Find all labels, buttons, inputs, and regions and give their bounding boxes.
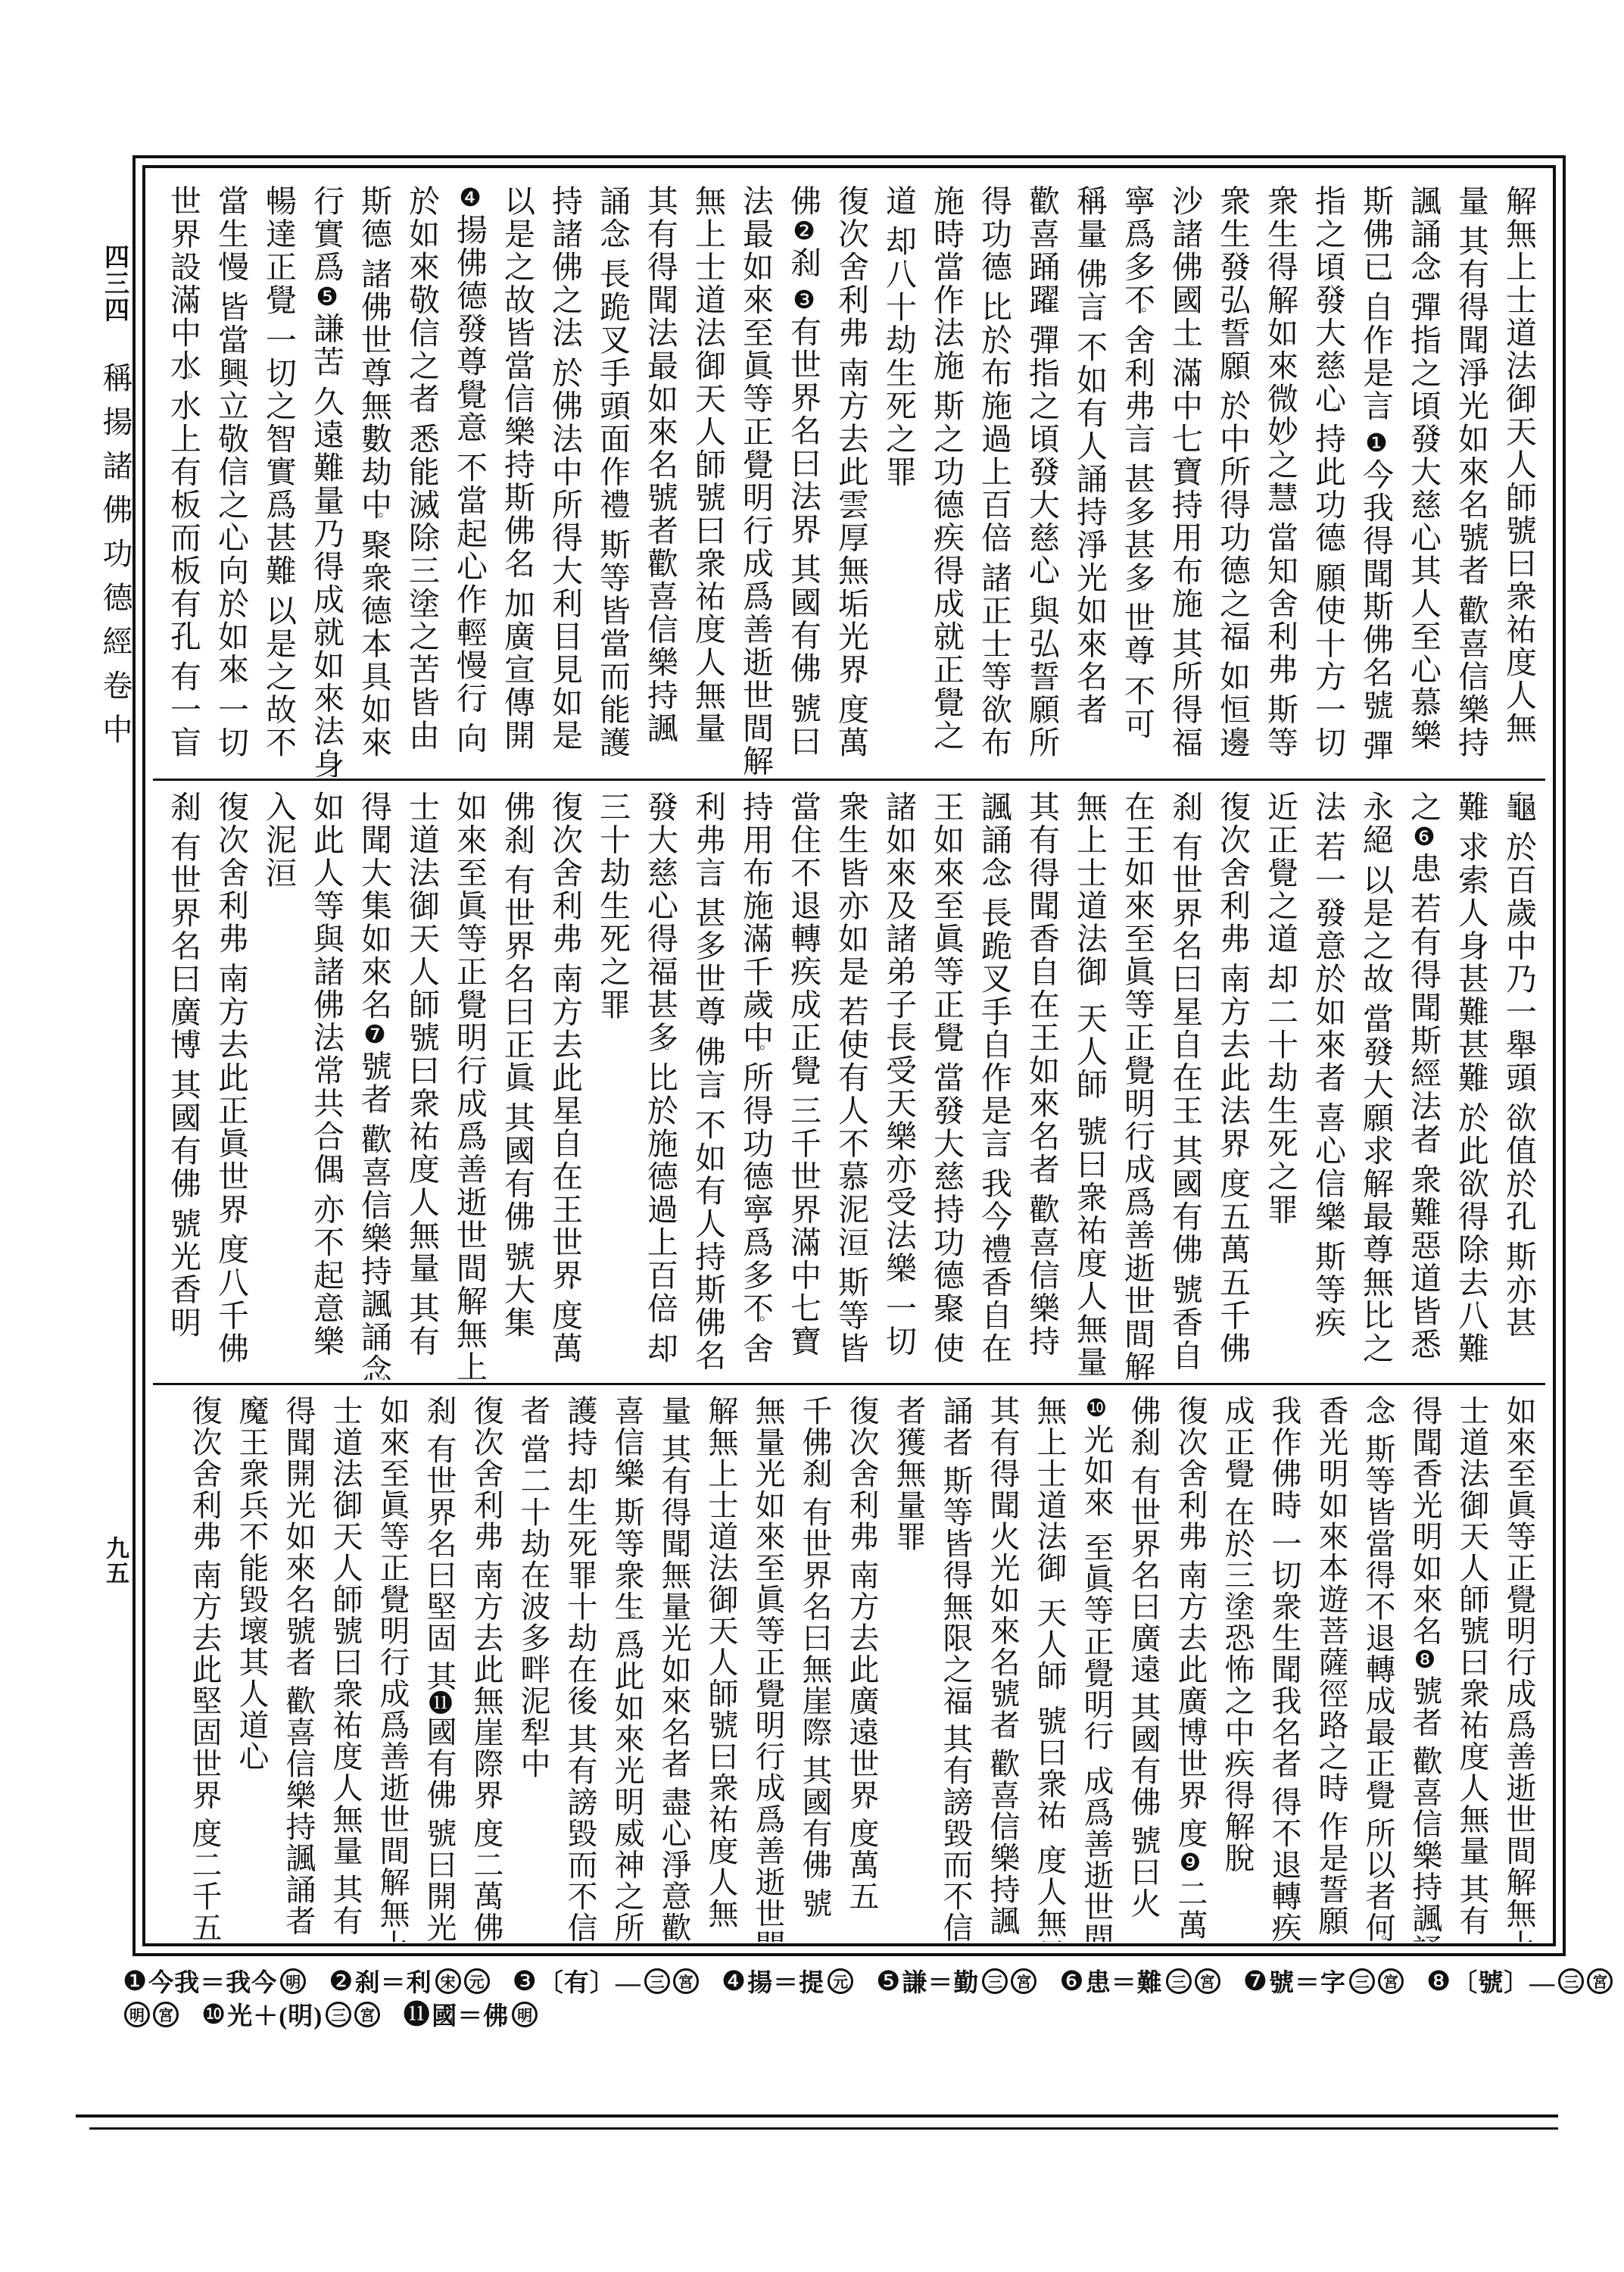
text-column: ❹揚佛德發尊覺意。不當起心作輕慢行。向 (445, 185, 493, 777)
ideographic-period: 。 (1367, 986, 1384, 1002)
ideographic-period: 。 (1129, 585, 1146, 601)
edition-siglum: 宮 (1011, 1968, 1036, 1994)
ideographic-period: 。 (572, 1707, 588, 1722)
text-frame-outer: 解無上士道法御天人師號曰衆祐度人無量。其有得聞淨光如來名號者。歡喜信樂持諷誦念。… (132, 155, 1566, 1956)
ideographic-period: 。 (806, 1738, 823, 1753)
text-column: 諸如來及諸弟子長受天樂亦受法樂。一切 (874, 791, 922, 1380)
footnote-marker-inline: ❶ (1362, 429, 1389, 457)
ideographic-period: 。 (700, 880, 716, 896)
ideographic-period: 。 (461, 705, 478, 721)
text-column: 如來至眞等正覺明行成爲善逝世間解無上 (369, 1395, 416, 1942)
ideographic-period: 。 (947, 1449, 964, 1464)
ideographic-period: 。 (175, 1191, 192, 1206)
ideographic-period: 。 (1417, 1729, 1433, 1744)
ideographic-period: 。 (994, 1731, 1011, 1746)
edition-siglum: 宮 (673, 1968, 699, 1994)
ideographic-period: 。 (1320, 814, 1336, 830)
edition-siglum: 三 (1349, 1968, 1375, 1994)
text-column: 法。若一發意於如來者。喜心信樂。斯等疾 (1304, 791, 1351, 1380)
text-column: 復次舍利弗。南方去此無崖際界。度二萬佛 (463, 1395, 510, 1942)
footnote-entry: ❺謙＝勤三宮 (876, 1963, 1036, 1999)
edition-siglum: 元 (464, 1968, 490, 1994)
ideographic-period: 。 (1135, 1675, 1152, 1690)
ideographic-period: 。 (572, 1449, 588, 1464)
text-column: 香光明如來本遊菩薩徑路之時。作是誓願。 (1308, 1395, 1354, 1942)
ideographic-period: 。 (795, 676, 812, 691)
text-column: 佛刹。有世界名曰廣遠。其國有佛。號曰火 (1120, 1395, 1167, 1942)
ideographic-period: 。 (175, 373, 192, 389)
ideographic-period: 。 (853, 1543, 870, 1558)
band-divider-1 (153, 779, 1545, 781)
ideographic-period: 。 (223, 676, 239, 692)
text-column: 得聞開光如來名號者。歡喜信樂持諷誦者。 (275, 1395, 322, 1942)
ideographic-period: 。 (318, 369, 335, 385)
ideographic-period: 。 (795, 536, 812, 552)
ideographic-period: 。 (700, 1019, 716, 1035)
footnote-entry: ❼號＝字三宮 (1243, 1963, 1404, 1999)
text-column: 諷誦念。長跪叉手自作是言。我今禮香自在 (970, 791, 1018, 1380)
footnote-text: 揚＝提 (747, 1963, 824, 1999)
ideographic-period: 。 (1415, 1147, 1432, 1163)
text-frame-inner: 解無上士道法御天人師號曰衆祐度人無量。其有得聞淨光如來名號者。歡喜信樂持諷誦念。… (142, 165, 1556, 1946)
text-column: 世界設滿中水。水上有板而板有孔。有一盲 (159, 185, 207, 777)
text-column: 暢達正覺。一切之智實爲甚難。以是之故不 (254, 185, 302, 777)
footnote-marker: ❹ (722, 1968, 746, 1995)
footnote-entry: ❹揚＝提元 (722, 1963, 853, 1999)
text-column: 得聞香光明如來名❽號者。歡喜信樂持諷誦 (1401, 1395, 1448, 1942)
text-column: 近正覺之道。却二十劫生死之罪 (1256, 791, 1304, 1380)
footnote-marker-inline: ❺ (313, 282, 340, 311)
text-column: 佛刹。有世界名曰正眞。其國有佛。號大集 (493, 791, 541, 1380)
footnote-marker: ❽ (1426, 1968, 1451, 1995)
text-column: 誦念。長跪叉手頭面作禮。斯等皆當而能護 (588, 185, 636, 777)
ideographic-period: 。 (747, 1315, 764, 1331)
ideographic-period: 。 (986, 545, 1002, 560)
text-column: 當住不退轉疾成正覺。三千世界滿中七寶 (779, 791, 827, 1380)
text-column: 之❻患。若有得聞斯經法者。衆難惡道皆悉 (1399, 791, 1447, 1380)
ideographic-period: 。 (509, 847, 525, 863)
ideographic-period: 。 (1135, 1449, 1152, 1464)
ideographic-period: 。 (1224, 373, 1241, 389)
ideographic-period: 。 (431, 1644, 447, 1659)
text-column: 士道法御天人師號曰衆祐度人無量。其有 (322, 1395, 369, 1942)
text-column: 持諸佛之法。於佛法中所得大利目見如是。 (541, 185, 588, 777)
ideographic-period: 。 (556, 946, 573, 962)
footnote-entry: 明宮 (123, 2002, 179, 2027)
ideographic-period: 。 (1463, 1857, 1480, 1872)
text-column: 入泥洹 (254, 791, 302, 1380)
footnote-line-2: 明宮❿光＋(明)三宮⓫國＝佛明 (123, 1996, 1557, 2032)
ideographic-period: 。 (290, 1668, 307, 1684)
ideographic-period: 。 (843, 340, 859, 356)
ideographic-period: 。 (652, 1315, 669, 1331)
edition-siglum: 宮 (153, 2002, 179, 2027)
ideographic-period: 。 (1463, 208, 1479, 224)
text-column: 行實爲❺謙苦。久遠難量乃得成就如來法身 (302, 185, 350, 777)
alignment-gap (1082, 1101, 1097, 1115)
ideographic-period: 。 (1367, 413, 1384, 429)
edition-siglum: 元 (828, 1968, 853, 1994)
ideographic-period: 。 (478, 1543, 494, 1558)
ideographic-period: 。 (806, 1480, 823, 1495)
text-column: 道。却八十劫生死之罪 (874, 185, 922, 777)
page-number-top: 四三四 (97, 244, 132, 323)
ideographic-period: 。 (556, 742, 573, 758)
ideographic-period: 。 (413, 406, 430, 422)
ideographic-period: 。 (1129, 446, 1146, 462)
ideographic-period: 。 (1033, 578, 1050, 594)
ideographic-period: 。 (1177, 340, 1193, 356)
ideographic-period: 。 (1320, 545, 1336, 560)
footnote-marker: ❷ (329, 1968, 353, 1995)
ideographic-period: 。 (290, 1927, 307, 1942)
scanned-sutra-page: { "margin": { "page_number_top": "四三四", … (0, 0, 1624, 2272)
ideographic-period: 。 (890, 1275, 907, 1291)
edition-siglum: 三 (1166, 1968, 1192, 1994)
footnote-marker: ❺ (876, 1968, 900, 1995)
ideographic-period: 。 (986, 274, 1002, 290)
ideographic-period: 。 (938, 373, 955, 389)
text-column: 斯德。諸佛世尊無數劫中。聚衆德本具如來 (350, 185, 397, 777)
text-column: 護持。却生死罪十劫在後。其有謗毀而不信 (556, 1395, 603, 1942)
text-column: 指之頃發大慈心。持此功德。願使十方一切 (1304, 185, 1351, 777)
ideographic-period: 。 (1177, 814, 1193, 830)
text-column: 施時當作法施。斯之功德疾得成就正覺之 (922, 185, 970, 777)
ideographic-period: 。 (196, 1801, 213, 1816)
ideographic-period: 。 (1415, 274, 1432, 290)
ideographic-period: 。 (1276, 1770, 1292, 1785)
text-column: 我作佛時。一切衆生聞我名者。得不退轉疾 (1261, 1395, 1308, 1942)
text-column: 法最如來至眞等正覺明行成爲善逝世間解 (731, 185, 779, 777)
ideographic-period: 。 (196, 1543, 213, 1558)
text-column: 永絕。以是之故。當發大願求解最尊無比之 (1351, 791, 1399, 1380)
footnote-marker-inline: ❾ (1177, 1848, 1204, 1877)
ideographic-period: 。 (806, 1871, 823, 1887)
text-column: 復次舍利弗。南方去此廣遠世界。度萬五 (838, 1395, 885, 1942)
text-column: 王如來至眞等正覺。當發大慈持功德聚。使 (922, 791, 970, 1380)
edition-siglum: 三 (1558, 1968, 1584, 1994)
ideographic-period: 。 (619, 1612, 635, 1628)
footnote-text: 國＝佛 (432, 1996, 509, 2032)
footnote-marker-inline: ❽ (1411, 1645, 1439, 1674)
ideographic-period: 。 (223, 946, 239, 962)
ideographic-period: 。 (1463, 578, 1479, 594)
text-column: 無上士道法御 天人師 號曰衆祐度人無量。 (1065, 791, 1113, 1380)
ideographic-period: 。 (223, 274, 239, 290)
ideographic-period: 。 (795, 1078, 812, 1094)
text-column: 如此人等與諸佛法常共合偶。亦不起意樂 (302, 791, 350, 1380)
ideographic-period: 。 (652, 1044, 669, 1060)
text-band-lower: 如來至眞等正覺明行成爲善逝世間解無上士道法御天人師號曰衆祐度人無量。其有得聞香光… (156, 1395, 1542, 1942)
footnote-text: 號＝字 (1269, 1963, 1346, 1999)
text-column: 當生慢。皆當興立敬信之心向於如來。一切 (207, 185, 254, 777)
ideographic-period: 。 (665, 1770, 682, 1785)
ideographic-period: 。 (175, 644, 192, 660)
text-column: 喜信樂。斯等衆生。爲此如來光明威神之所 (603, 1395, 650, 1942)
text-column: 其有得聞火光如來名號者。歡喜信樂持諷 (979, 1395, 1026, 1942)
text-column: 復次舍利弗。南方去此堅固世界。度二千五 (181, 1395, 228, 1942)
ideographic-period: 。 (604, 512, 621, 528)
ideographic-period: 。 (509, 570, 525, 586)
text-column: 歡喜踊躍。彈指之頃發大慈心。與弘誓願所 (1018, 185, 1065, 777)
ideographic-period: 。 (1129, 658, 1146, 674)
text-column: 誦者。斯等皆得無限之福。其有謗毀而不信 (932, 1395, 979, 1942)
ideographic-period: 。 (619, 1480, 635, 1495)
text-column: 念。斯等皆當得不退轉成最正覺。所以者何。 (1354, 1395, 1401, 1942)
ideographic-period: 。 (1177, 1256, 1193, 1272)
ideographic-period: 。 (525, 1417, 541, 1432)
ideographic-period: 。 (1320, 1085, 1336, 1100)
text-column: 復次舍利弗。南方去此正眞世界。度八千佛 (207, 791, 254, 1380)
text-column: 諷誦念。彈指之頃發大慈心其人至心慕樂 (1399, 185, 1447, 777)
ideographic-period: 。 (366, 1377, 382, 1380)
footnote-entry: ❸〔有〕—三宮 (513, 1963, 699, 1999)
footnote-entry: ❷刹＝利宋元 (329, 1963, 489, 1999)
footnote-text: 刹＝利 (355, 1963, 432, 1999)
ideographic-period: 。 (1177, 1118, 1193, 1134)
ideographic-period: 。 (431, 1801, 447, 1816)
footnote-entry: ❶今我＝我今明 (123, 1963, 306, 1999)
ideographic-period: 。 (1367, 847, 1384, 863)
ideographic-period: 。 (1272, 676, 1289, 692)
text-column: 稱量。佛言。不如有人誦持淨光如來名者。 (1065, 185, 1113, 777)
ideographic-period: 。 (1129, 307, 1146, 323)
footnote-entry: ❽〔號〕—三宮 (1426, 1963, 1613, 1999)
text-column: 復次舍利弗。南方去此星自在王世界。度萬 (541, 791, 588, 1380)
ideographic-period: 。 (1323, 1927, 1339, 1942)
ideographic-period: 。 (1510, 814, 1527, 830)
footnote-entry: ❻患＝難三宮 (1059, 1963, 1220, 1999)
ideographic-period: 。 (509, 1224, 525, 1240)
ideographic-period: 。 (1224, 644, 1241, 660)
ideographic-period: 。 (337, 1857, 354, 1872)
edition-siglum: 宮 (1378, 1968, 1404, 1994)
ideographic-period: 。 (1033, 307, 1050, 323)
alignment-gap (1089, 1752, 1104, 1765)
ideographic-period: 。 (843, 1250, 859, 1266)
text-column: 發大慈心得福甚多。比於施德過上百倍。却 (636, 791, 684, 1380)
ideographic-period: 。 (1367, 274, 1384, 290)
text-column: 斯佛已。自作是言。❶今我得聞斯佛名號。彈 (1351, 185, 1399, 777)
ideographic-period: 。 (270, 578, 287, 594)
text-column: 如來至眞等正覺明行成爲善逝世間解無上 (445, 791, 493, 1380)
edition-siglum: 明 (512, 2002, 538, 2027)
text-band-upper: 解無上士道法御天人師號曰衆祐度人無量。其有得聞淨光如來名號者。歡喜信樂持諷誦念。… (156, 185, 1542, 777)
text-column: 復次舍利弗。南方去此廣博世界。度❾二萬 (1167, 1395, 1214, 1942)
ideographic-period: 。 (366, 241, 382, 257)
footnote-marker: ❼ (1243, 1968, 1267, 1995)
footnote-text: 謙＝勤 (902, 1963, 979, 1999)
ideographic-period: 。 (175, 814, 192, 830)
footnote-entry: ⓫國＝佛明 (403, 1996, 538, 2032)
text-column: 無量光如來至眞等正覺明行成爲善逝世間 (744, 1395, 791, 1942)
ideographic-period: 。 (853, 1801, 870, 1816)
footnote-line-1: ❶今我＝我今明❷刹＝利宋元❸〔有〕—三宮❹揚＝提元❺謙＝勤三宮❻患＝難三宮❼號＝… (123, 1963, 1557, 1999)
ideographic-period: 。 (366, 512, 382, 528)
text-column: 如來至眞等正覺明行成爲善逝世間解無上 (1495, 1395, 1542, 1942)
text-column: 寧爲多不。舍利弗言。甚多甚多。世尊。不可 (1113, 185, 1161, 777)
footnote-text: 〔號〕— (1452, 1963, 1555, 1999)
text-column: ❿光如來 至眞等正覺明行 成爲善逝世間解 (1073, 1395, 1120, 1942)
edition-siglum: 三 (326, 2002, 351, 2027)
footnote-marker: ❸ (513, 1968, 537, 1995)
ideographic-period: 。 (1272, 504, 1289, 520)
footnote-marker: ❻ (1059, 1968, 1083, 1995)
text-column: 無上士道法御 天人師 號曰衆祐 度人無量。 (1026, 1395, 1073, 1942)
footnote-marker: ❶ (123, 1968, 147, 1995)
ideographic-period: 。 (604, 241, 621, 257)
ideographic-period: 。 (843, 978, 859, 994)
text-column: 其有得聞香自在王如來名者。歡喜信樂持 (1018, 791, 1065, 1380)
text-column: 量。其有得聞無量光如來名者。盡心淨意歡 (650, 1395, 697, 1942)
ideographic-period: 。 (1510, 1085, 1527, 1100)
text-column: 刹。有世界名曰堅固。其⓫國有佛。號曰開光 (416, 1395, 463, 1942)
band-divider-2 (153, 1383, 1545, 1385)
ideographic-period: 。 (665, 1417, 682, 1432)
ideographic-period: 。 (556, 340, 573, 356)
ideographic-period: 。 (1320, 406, 1336, 422)
text-column: 者。當二十劫在波多畔泥犁中 (510, 1395, 556, 1942)
ideographic-period: 。 (1323, 1794, 1339, 1809)
text-column: 沙諸佛國土。滿中七寶持用布施。其所得福 (1161, 185, 1208, 777)
text-column: 衆生得解如來微妙之慧。當知舍利弗。斯等 (1256, 185, 1304, 777)
edition-siglum: 宋 (435, 1968, 461, 1994)
text-column: 無上士道法御天人師號曰衆祐度人無量。 (684, 185, 731, 777)
footnote-text: 今我＝我今 (148, 1963, 277, 1999)
text-column: 魔王衆兵不能毀壞其人道心 (228, 1395, 275, 1942)
text-column: 衆生發弘誓願。於中所得功德之福。如恒邊 (1208, 185, 1256, 777)
ideographic-period: 。 (938, 1044, 955, 1060)
ideographic-period: 。 (413, 1275, 430, 1291)
ideographic-period: 。 (1367, 713, 1384, 729)
edition-siglum: 明 (280, 1968, 306, 1994)
ideographic-period: 。 (986, 880, 1002, 896)
edition-siglum: 明 (124, 2002, 150, 2027)
text-column: 於如來敬信之者。悉能滅除三塗之苦皆由 (397, 185, 445, 777)
alignment-gap (1042, 1692, 1057, 1706)
ideographic-period: 。 (986, 1150, 1002, 1166)
ideographic-period: 。 (1276, 1512, 1292, 1527)
text-column: 者獲無量罪 (885, 1395, 932, 1942)
ideographic-period: 。 (1463, 814, 1479, 830)
ideographic-period: 。 (1370, 1417, 1386, 1432)
ideographic-period: 。 (223, 1216, 239, 1232)
ideographic-period: 。 (1033, 1176, 1050, 1192)
ideographic-period: 。 (1510, 1224, 1527, 1240)
ideographic-period: 。 (1370, 1934, 1386, 1942)
ideographic-period: 。 (1182, 1543, 1199, 1558)
edition-siglum: 三 (644, 1968, 670, 1994)
text-column: 解無上士道法御天人師號曰衆祐度人無 (1495, 185, 1542, 777)
ideographic-period: 。 (1463, 1085, 1479, 1100)
text-column: 得聞大集如來名❼號者。歡喜信樂持諷誦念。 (350, 791, 397, 1380)
ideographic-period: 。 (366, 1106, 382, 1122)
ideographic-period: 。 (1081, 716, 1098, 732)
ideographic-period: 。 (1081, 314, 1098, 330)
text-column: 千佛刹。有世界名曰無崖際。其國有佛。號 (791, 1395, 838, 1942)
ideographic-period: 。 (1272, 946, 1289, 962)
text-column: 得功德。比於布施過上百倍。諸正士等欲布 (970, 185, 1018, 777)
ideographic-period: 。 (1224, 946, 1241, 962)
text-column: 難。求索人身甚難甚難。於此欲得除去八難 (1447, 791, 1495, 1380)
text-column: 士道法御天人師號曰衆祐度人無量。其有 (1448, 1395, 1495, 1942)
text-column: 龜。於百歲中乃一舉頭。欲值於孔。斯亦甚 (1495, 791, 1542, 1380)
ideographic-period: 。 (1081, 241, 1098, 257)
edition-siglum: 三 (982, 1968, 1008, 1994)
footnote-marker: ❿ (201, 2001, 226, 2028)
ideographic-period: 。 (700, 735, 716, 751)
ideographic-period: 。 (1135, 1809, 1152, 1824)
ideographic-period: 。 (556, 1282, 573, 1298)
ideographic-period: 。 (1224, 1150, 1241, 1166)
footnote-text: 患＝難 (1086, 1963, 1163, 1999)
text-column: 在王如來至眞等正覺明行成爲善逝世間解 (1113, 791, 1161, 1380)
ideographic-period: 。 (700, 1092, 716, 1108)
ideographic-period: 。 (1229, 1480, 1245, 1495)
alignment-gap (1082, 988, 1097, 1002)
ideographic-period: 。 (1320, 1224, 1336, 1240)
text-column: 復次舍利弗。南方去此雲厚無垢光界。度萬 (827, 185, 874, 777)
ideographic-period: 。 (175, 1052, 192, 1068)
footnote-marker-inline: ❿ (1083, 1395, 1110, 1422)
footnote-marker-inline: ❻ (1410, 822, 1437, 851)
text-column: 其有得聞法最如來名號者歡喜信樂持諷 (636, 185, 684, 777)
ideographic-period: 。 (270, 307, 287, 323)
ideographic-period: 。 (747, 1044, 764, 1060)
text-column: 成正覺。在於三塗恐怖之中疾得解脫 (1214, 1395, 1261, 1942)
text-column: 以是之故皆當信樂持斯佛名。加廣宣傳開 (493, 185, 541, 777)
running-title: 稱揚諸佛功德經卷中 (94, 362, 137, 757)
text-column: 佛❷刹。❸有世界名曰法界。其國有佛。號曰 (779, 185, 827, 777)
ideographic-period: 。 (1415, 875, 1432, 891)
text-column: 解無上士道法御天人師號曰衆祐度人無 (697, 1395, 744, 1942)
text-column: 刹。有世界名曰廣博。其國有佛。號光香明 (159, 791, 207, 1380)
ideographic-period: 。 (1177, 610, 1193, 626)
bottom-rule-1 (76, 2114, 1558, 2118)
footnote-text: 〔有〕— (538, 1963, 641, 1999)
footnote-marker: ⓫ (403, 2001, 430, 2028)
ideographic-period: 。 (1370, 1801, 1386, 1816)
text-column: 量。其有得聞淨光如來名號者。歡喜信樂持 (1447, 185, 1495, 777)
footnote-marker-inline: ⓫ (425, 1690, 453, 1715)
ideographic-period: 。 (431, 1417, 447, 1432)
bottom-rule-2 (89, 2127, 1558, 2130)
ideographic-period: 。 (890, 208, 907, 224)
footnote-marker-inline: ❸ (790, 286, 817, 314)
ideographic-period: 。 (843, 676, 859, 692)
footnote-text: 光＋(明) (227, 1996, 323, 2032)
text-column: 三十劫生死之罪 (588, 791, 636, 1380)
ideographic-period: 。 (947, 1707, 964, 1722)
footnote-marker-inline: ❷ (790, 217, 817, 245)
ideographic-period: 。 (1182, 1801, 1199, 1816)
text-column: 士道法御天人師號曰衆祐度人無量。其有 (397, 791, 445, 1380)
ideographic-period: 。 (795, 270, 812, 286)
footnote-marker-inline: ❹ (456, 185, 483, 212)
ideographic-period: 。 (461, 435, 478, 451)
alignment-gap (1042, 1831, 1057, 1845)
footnote-entry: ❿光＋(明)三宮 (201, 1996, 380, 2032)
edition-siglum: 宮 (1195, 1968, 1220, 1994)
text-band-middle: 龜。於百歲中乃一舉頭。欲值於孔。斯亦甚難。求索人身甚難甚難。於此欲得除去八難之❻… (156, 791, 1542, 1380)
footnote-marker-inline: ❼ (360, 1020, 388, 1049)
text-column: 衆生皆亦如是。若使有人不慕泥洹。斯等皆 (827, 791, 874, 1380)
alignment-gap (1089, 1518, 1104, 1532)
text-column: 持用布施滿千歲中。所得功德寧爲多不。舍 (731, 791, 779, 1380)
ideographic-period: 。 (318, 1176, 335, 1192)
edition-siglum: 宮 (1587, 1968, 1613, 1994)
page-number-bottom: 九五 (98, 1536, 132, 1586)
